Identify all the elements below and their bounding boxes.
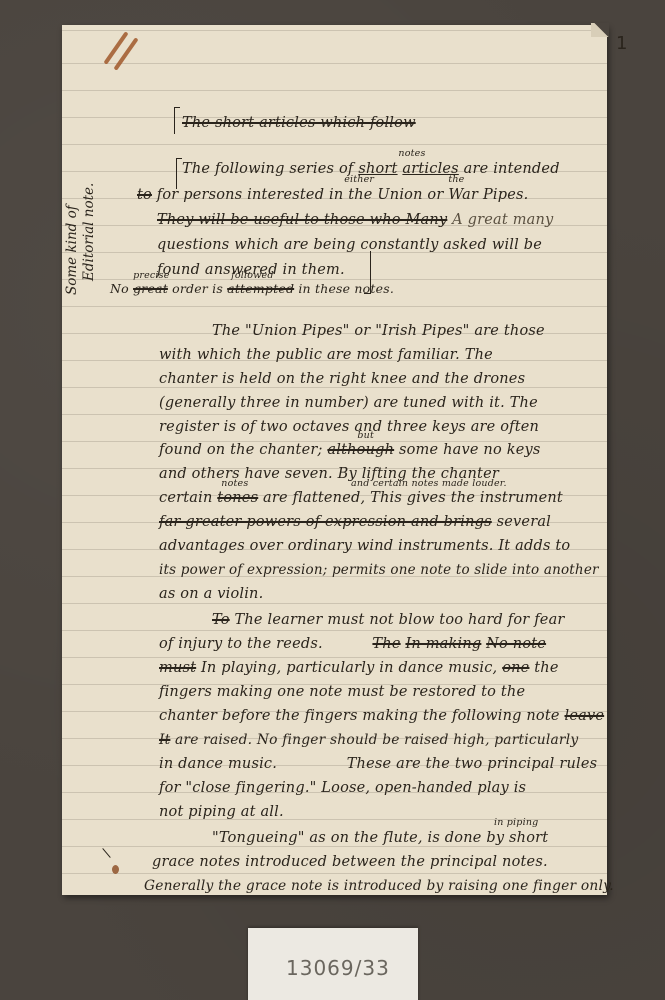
body-line: grace notes introduced between the princ… [152, 854, 548, 870]
body-line: must In playing, particularly in dance m… [159, 660, 559, 676]
margin-note-line: Editorial note. [81, 183, 98, 295]
body-line: It are raised. No finger should be raise… [159, 732, 578, 748]
archive-number: 13069/33 [286, 956, 390, 980]
body-line: fingers making one note must be restored… [159, 684, 525, 700]
body-line: The "Union Pipes" or "Irish Pipes" are t… [212, 323, 545, 339]
body-line: far greater powers of expression and bri… [159, 514, 551, 530]
body-line: register is of two octaves and three key… [159, 419, 539, 435]
archive-label: 13069/33 [248, 928, 418, 1000]
body-line: with which the public are most familiar.… [159, 347, 493, 363]
body-line: chanter is held on the right knee and th… [159, 371, 525, 387]
body-line: "Tongueing" as on the flute, is done by … [212, 830, 548, 846]
body-line: chanter before the fingers making the fo… [159, 708, 604, 724]
body-line: Generally the grace note is introduced b… [144, 878, 614, 894]
body-line: To The learner must not blow too hard fo… [212, 612, 565, 628]
body-line: advantages over ordinary wind instrument… [159, 538, 570, 554]
struck-heading: The short articles which follow [182, 115, 416, 131]
body-line: for "close fingering." Loose, open-hande… [159, 780, 526, 796]
intro-line-2: to for persons interested in either the … [137, 187, 528, 203]
body-line: not piping at all. [159, 804, 284, 820]
body-line: its power of expression; permits one not… [159, 562, 599, 578]
intro-line-6: No precise great order is followed attem… [110, 281, 394, 296]
intro-line-4: questions which are being constantly ask… [157, 237, 542, 253]
ink-blot [112, 865, 119, 874]
body-line: in dance music. These are the two princi… [159, 756, 597, 772]
bracket [174, 107, 180, 134]
margin-note-line: Some kind of [64, 183, 81, 295]
body-line: found on the chanter; but although some … [159, 442, 541, 458]
pen-mark [102, 848, 110, 858]
body-line: as on a violin. [159, 586, 263, 602]
body-line: (generally three in number) are tuned wi… [159, 395, 538, 411]
manuscript-page: 1 The short articles which follow Some k… [62, 25, 607, 895]
body-line: of injury to the reeds. The In making No… [159, 636, 546, 652]
page-number: 1 [616, 33, 627, 54]
folded-corner [591, 23, 609, 37]
intro-line-3: They will be useful to those who Many A … [157, 212, 553, 228]
ink-stain [103, 31, 128, 64]
margin-note: Some kind of Editorial note. [64, 183, 98, 295]
body-line: certain notes tones are flattened, and c… [159, 490, 563, 506]
